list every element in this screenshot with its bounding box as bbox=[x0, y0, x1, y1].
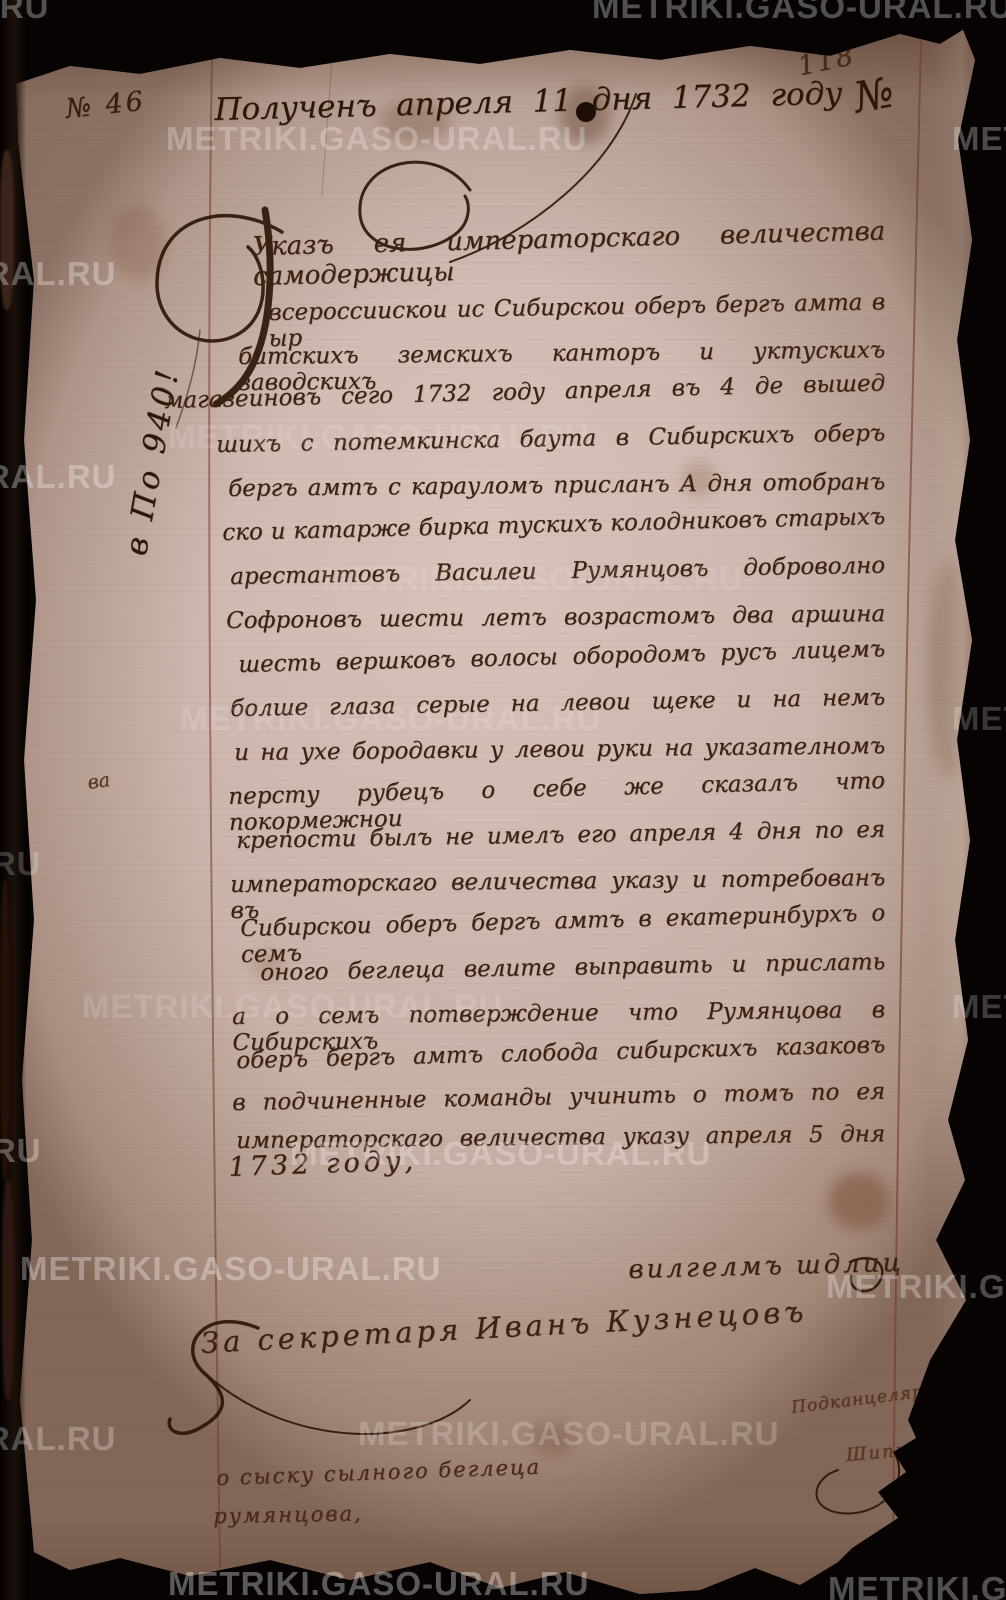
body-line: бергъ амтъ с карауломъ присланъ А дня от… bbox=[228, 469, 885, 510]
body-line: императорскаго величества указу и потреб… bbox=[230, 865, 885, 906]
subject-note-line2: румянцова, bbox=[213, 1501, 363, 1528]
archive-watermark-text: METRIKI.GASO-URAL.RU bbox=[592, 0, 1006, 26]
header-numero-sign: № bbox=[850, 67, 898, 122]
spine-fragment bbox=[0, 880, 10, 1180]
manuscript-paper: № 46 118 Полученъ апреля 11 дня 1732 год… bbox=[0, 0, 1006, 1600]
date-line: 1732 году, bbox=[228, 1145, 418, 1183]
spine-fragment bbox=[0, 150, 14, 310]
paper-crease bbox=[322, 58, 332, 196]
right-margin-line bbox=[893, 40, 921, 1545]
archive-scan: № 46 118 Полученъ апреля 11 дня 1732 год… bbox=[0, 0, 1006, 1600]
spine-fragment bbox=[2, 1180, 14, 1400]
margin-small-note: ва bbox=[86, 769, 111, 794]
body-line: а о семъ потверждение что Румянцова в Си… bbox=[232, 997, 885, 1038]
secretary-flourish-tail bbox=[206, 1374, 470, 1434]
body-line: Софроновъ шести летъ возрастомъ два арши… bbox=[226, 601, 885, 642]
body-line: и на ухе бородавки у левои руки на указа… bbox=[234, 733, 885, 774]
archive-watermark-text: METRIKI.GASO-URAL.RU bbox=[828, 1570, 1006, 1600]
